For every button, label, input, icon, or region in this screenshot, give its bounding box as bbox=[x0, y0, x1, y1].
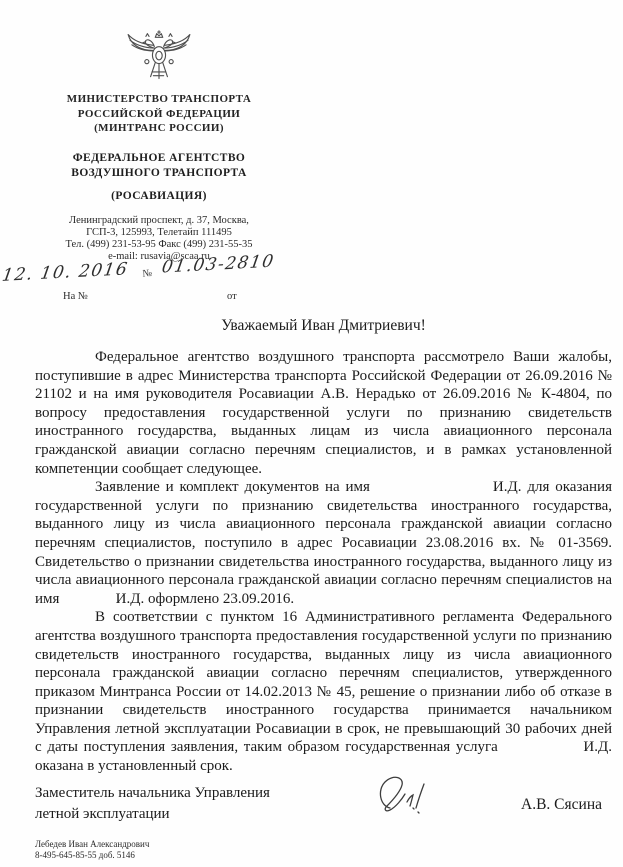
signer-position-line: Заместитель начальника Управления bbox=[35, 783, 365, 804]
ministry-line: (МИНТРАНС РОССИИ) bbox=[26, 121, 292, 136]
body-paragraph-3: В соответствии с пунктом 16 Администрати… bbox=[35, 608, 612, 775]
signer-position-line: летной эксплуатации bbox=[35, 804, 365, 825]
agency-name-block: ФЕДЕРАЛЬНОЕ АГЕНТСТВО ВОЗДУШНОГО ТРАНСПО… bbox=[26, 151, 292, 204]
agency-line: ВОЗДУШНОГО ТРАНСПОРТА bbox=[26, 166, 292, 181]
signer-position: Заместитель начальника Управления летной… bbox=[35, 783, 365, 825]
agency-short-name: (РОСАВИАЦИЯ) bbox=[26, 189, 292, 204]
letterhead: МИНИСТЕРСТВО ТРАНСПОРТА РОССИЙСКОЙ ФЕДЕР… bbox=[26, 28, 292, 263]
ministry-line: РОССИЙСКОЙ ФЕДЕРАЦИИ bbox=[26, 107, 292, 122]
ministry-name-block: МИНИСТЕРСТВО ТРАНСПОРТА РОССИЙСКОЙ ФЕДЕР… bbox=[26, 92, 292, 136]
double-headed-eagle-emblem bbox=[121, 28, 197, 86]
scanned-letter-page: МИНИСТЕРСТВО ТРАНСПОРТА РОССИЙСКОЙ ФЕДЕР… bbox=[0, 0, 623, 867]
executor-phone: 8-495-645-85-55 доб. 5146 bbox=[35, 850, 335, 861]
agency-line: ФЕДЕРАЛЬНОЕ АГЕНТСТВО bbox=[26, 151, 292, 166]
body-paragraph-1: Федеральное агентство воздушного транспо… bbox=[35, 348, 612, 478]
address-line: Тел. (499) 231-53-95 Факс (499) 231-55-3… bbox=[26, 239, 292, 251]
address-line: Ленинградский проспект, д. 37, Москва, bbox=[26, 215, 292, 227]
signer-name: А.В. Сясина bbox=[470, 796, 602, 814]
body-paragraph-2: Заявление и комплект документов на имя И… bbox=[35, 478, 612, 608]
from-label: от bbox=[227, 291, 237, 302]
executor-name: Лебедев Иван Александрович bbox=[35, 839, 335, 850]
executor-block: Лебедев Иван Александрович 8-495-645-85-… bbox=[35, 839, 335, 860]
ministry-line: МИНИСТЕРСТВО ТРАНСПОРТА bbox=[26, 92, 292, 107]
handwritten-date: 12. 10. 2016 bbox=[1, 259, 130, 286]
number-sign: № bbox=[142, 268, 152, 279]
salutation: Уважаемый Иван Дмитриевич! bbox=[35, 317, 612, 335]
handwritten-signature bbox=[374, 772, 446, 822]
letter-body: Федеральное агентство воздушного транспо… bbox=[35, 348, 612, 776]
address-line: ГСП-3, 125993, Телетайп 111495 bbox=[26, 227, 292, 239]
on-number-label: На № bbox=[63, 291, 88, 302]
